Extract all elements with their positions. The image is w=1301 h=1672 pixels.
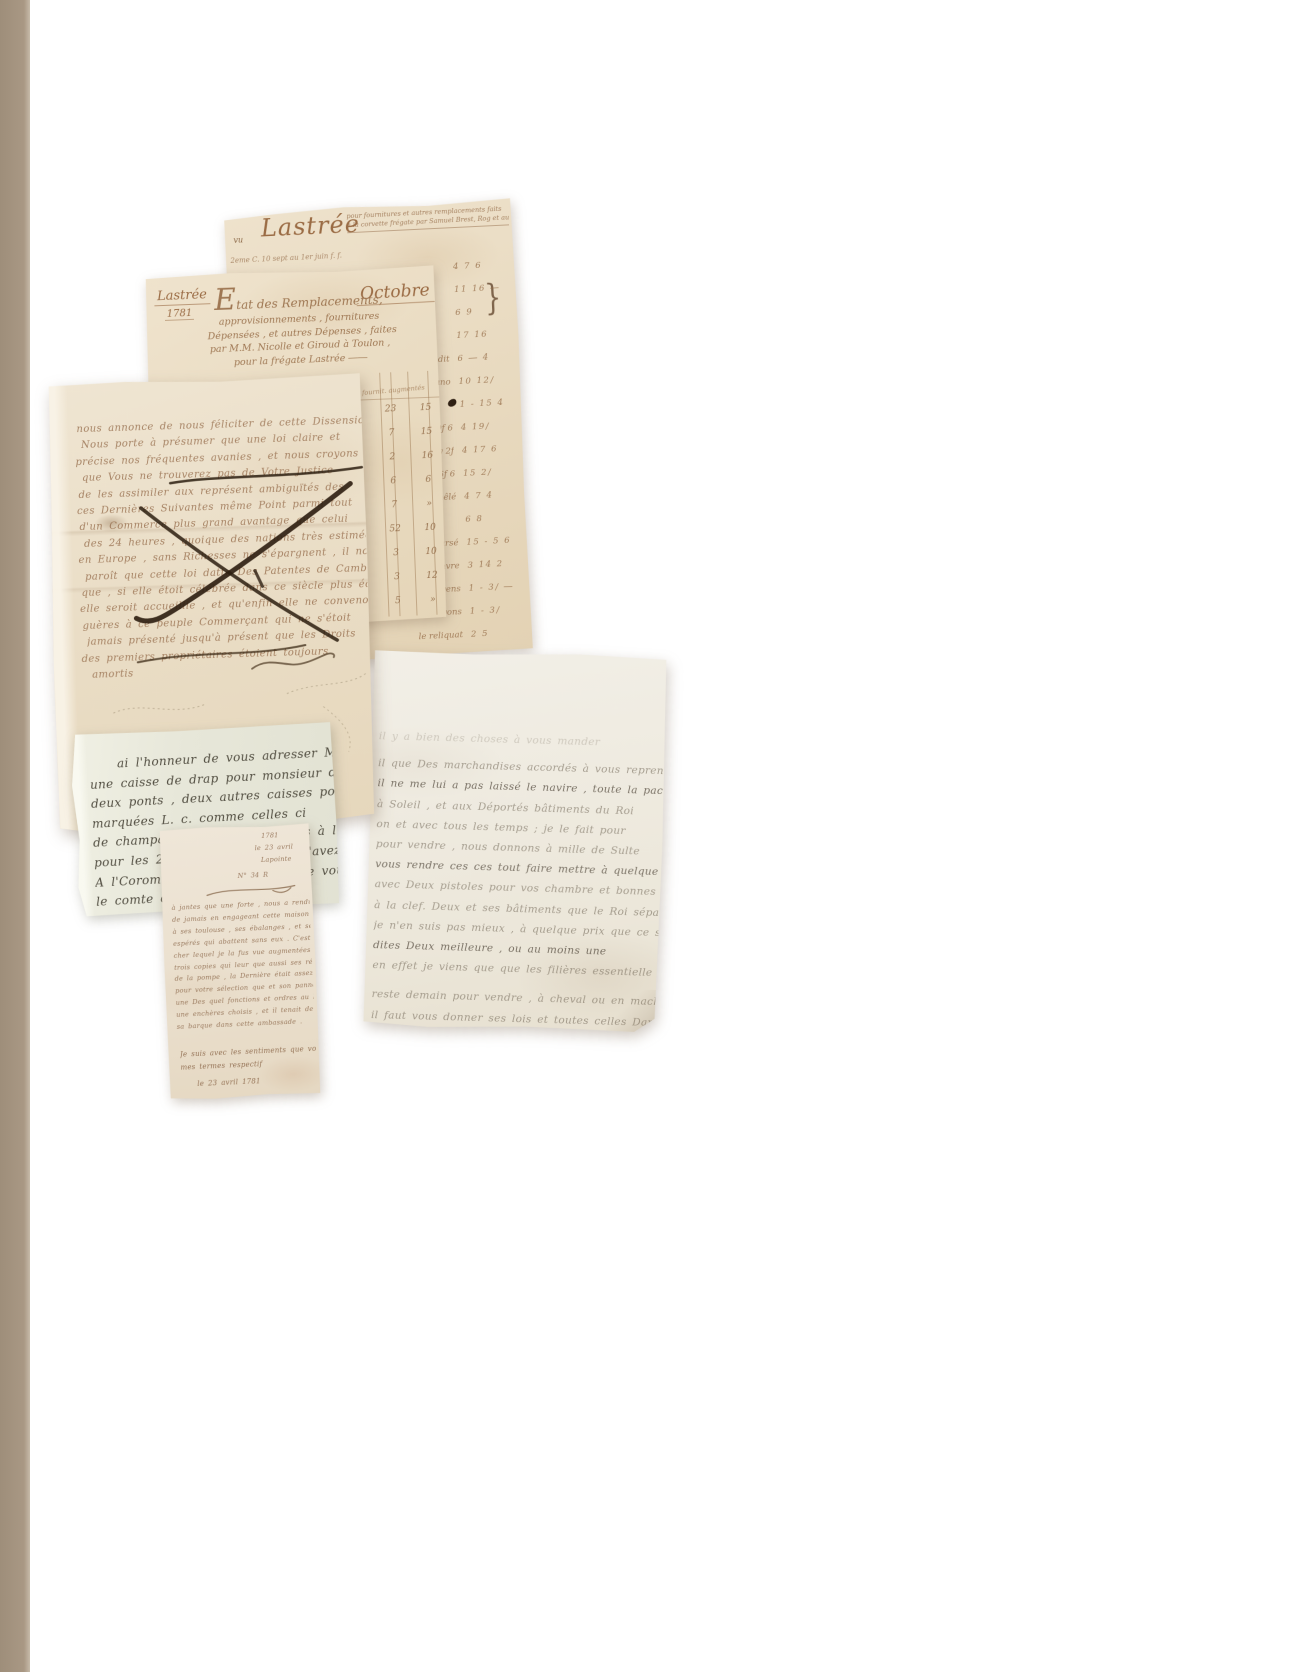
invoice-row-amount: 15 - 5 6 (466, 534, 524, 547)
etat-corner-year: 1781 (165, 308, 195, 321)
invoice-row-amount: 10 12/ (458, 374, 516, 387)
note-body: à jantes que une forte , nous a rendu vi… (171, 897, 315, 1034)
note-name: Lapointe (237, 853, 292, 867)
etat-table-row: 6 6 (371, 470, 444, 497)
invoice-row-amount: 15 2/ (463, 466, 521, 479)
etat-cell-price: 12 (419, 566, 446, 591)
etat-cell-qty: 23 (368, 400, 413, 426)
invoice-row-amount: 1 - 3/ (470, 603, 528, 616)
etat-table-rows: 23 15 7 15 2 16 6 6 7 » 52 10 (368, 398, 449, 641)
invoice-row-amount: 1 - 3/ ― (468, 580, 526, 593)
page-spine-bar (0, 0, 30, 1672)
etat-title-block: Etat des Remplacements,approvisionnement… (206, 284, 393, 370)
invoice-row-amount: 11 16 ― (454, 282, 512, 295)
handwriting-line: il y a bien des choses à vous mander (379, 726, 664, 754)
etat-cell-price: 15 (412, 399, 439, 424)
etat-table-row: 52 10 (373, 518, 446, 545)
invoice-row-amount: 6 ― 4 (457, 351, 515, 364)
etat-corner-block: Lastrée 1781 (154, 287, 211, 321)
invoice-row-amount: 4 7 6 (453, 259, 511, 272)
pencil-squiggle (112, 673, 367, 713)
etat-cell-qty: 7 (369, 423, 414, 449)
invoice-date-line: 2eme C. 10 sept au 1er juin f. f. (230, 252, 342, 265)
note-header-block: 1781 le 23 avril Lapointe N° 34 R (236, 830, 295, 883)
etat-table-row: 23 15 (368, 398, 441, 425)
small-note-paper: 1781 le 23 avril Lapointe N° 34 R à jant… (158, 823, 322, 1101)
invoice-row-label: le reliquat (418, 630, 463, 642)
etat-table-row: 7 15 (369, 422, 442, 449)
invoice-row-amount: 4 7 4 (464, 489, 522, 502)
invoice-prefix: vu (233, 235, 243, 244)
signature-flourish (252, 653, 335, 668)
etat-table-row: 3 12 (375, 566, 448, 593)
faint-letter-paper: il y a bien des choses à vous manderil q… (363, 648, 668, 1034)
etat-cell-qty: 5 (376, 591, 421, 617)
invoice-row-amount: 6 8 (465, 512, 523, 525)
etat-table-row: 5 » (376, 590, 449, 617)
invoice-row-amount: 17 16 (456, 328, 514, 341)
etat-corner-title: Lastrée (154, 287, 211, 306)
note-closing-block: Je suis avec les sentiments que vousmes … (180, 1043, 318, 1092)
etat-cell-price: 10 (417, 518, 444, 543)
invoice-subtitle: pour fournitures et autres remplacements… (346, 204, 509, 233)
etat-cell-qty: 2 (370, 447, 415, 473)
note-number: N° 34 R (237, 869, 268, 882)
invoice-row-amount: 6 9 (455, 305, 513, 318)
invoice-row-amount: 1 - 15 4 (459, 397, 517, 410)
faint-letter: il y a bien des choses à vous manderil q… (363, 648, 668, 1034)
handwriting-line: le 23 avril 1781 (197, 1073, 317, 1091)
etat-cell-qty: 3 (374, 543, 419, 569)
catalog-photo-page: vu Lastrée pour fournitures et autres re… (0, 0, 1301, 1672)
etat-cell-qty: 6 (371, 471, 416, 497)
etat-cell-price: 16 (414, 446, 441, 471)
page-corner-curl (606, 989, 659, 1034)
invoice-row-amount: 2 5 (471, 626, 529, 639)
invoice-row-amount: 4 19/ (461, 420, 519, 433)
invoice-row-amount: 4 17 6 (462, 443, 520, 456)
invoice-row-amount: 3 14 2 (467, 557, 525, 570)
etat-table-row: 7 » (372, 494, 445, 521)
etat-cell-price: » (420, 590, 447, 615)
invoice-row-label: dit (438, 354, 450, 365)
etat-cell-qty: 7 (372, 495, 417, 521)
etat-table-row: 2 16 (370, 446, 443, 473)
etat-cell-price: 15 (413, 422, 440, 447)
etat-cell-qty: 3 (375, 567, 420, 593)
etat-cell-price: » (416, 494, 443, 519)
etat-cell-qty: 52 (373, 519, 418, 545)
etat-cell-price: 10 (418, 542, 445, 567)
etat-table-row: 3 10 (374, 542, 447, 569)
etat-cell-price: 6 (415, 470, 442, 495)
small-note: 1781 le 23 avril Lapointe N° 34 R à jant… (158, 823, 322, 1101)
